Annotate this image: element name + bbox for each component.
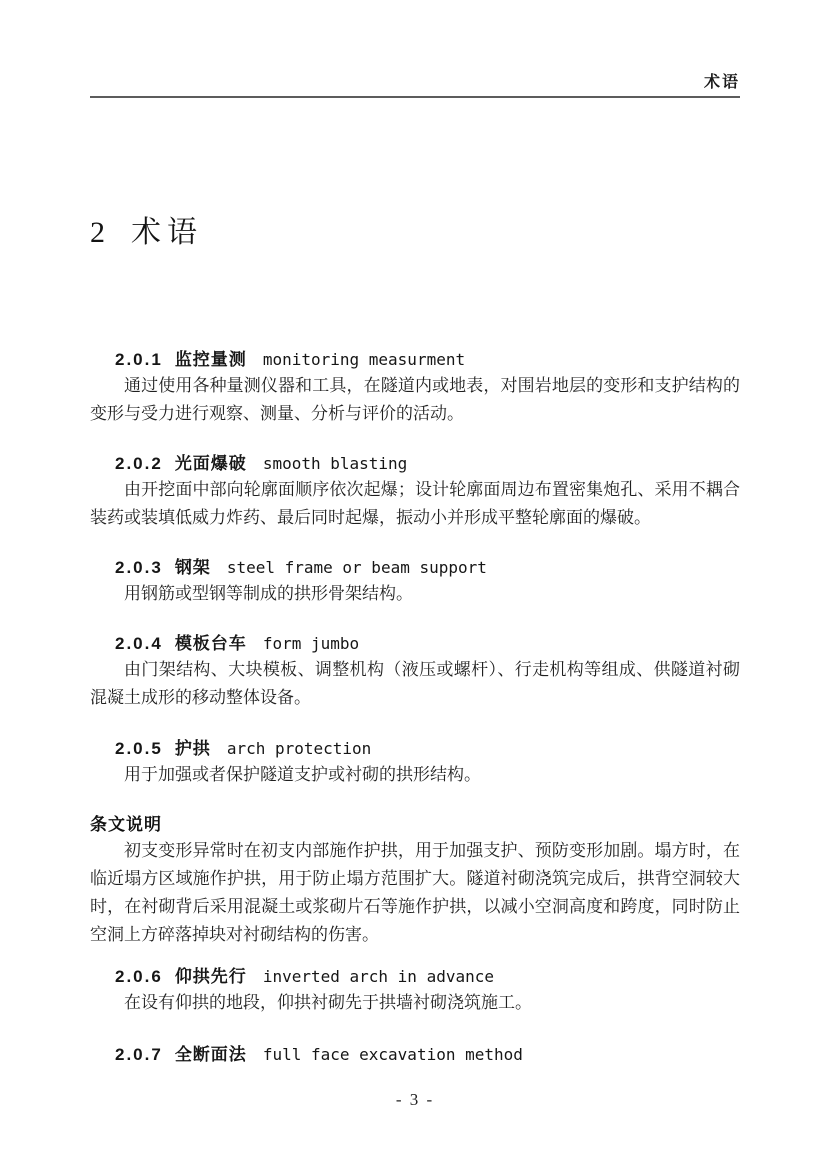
term-en: inverted arch in advance — [263, 967, 494, 986]
term-entry: 2.0.2光面爆破smooth blasting 由开挖面中部向轮廓面顺序依次起… — [90, 452, 740, 532]
term-zh: 全断面法 — [175, 1045, 247, 1064]
term-en: steel frame or beam support — [227, 558, 487, 577]
commentary-label: 条文说明 — [90, 813, 740, 837]
term-number: 2.0.6 — [115, 967, 163, 986]
running-header: 术语 — [90, 73, 740, 92]
term-zh: 监控量测 — [175, 350, 247, 369]
page-footer: - 3 - — [90, 1090, 740, 1110]
term-heading: 2.0.2光面爆破smooth blasting — [90, 452, 740, 476]
chapter-number: 2 — [90, 216, 105, 250]
term-definition: 由门架结构、大块模板、调整机构（液压或螺杆）、行走机构等组成、供隧道衬砌混凝土成… — [90, 656, 740, 712]
term-number: 2.0.5 — [115, 739, 163, 758]
term-en: smooth blasting — [263, 454, 408, 473]
term-definition: 用钢筋或型钢等制成的拱形骨架结构。 — [90, 580, 740, 608]
term-number: 2.0.2 — [115, 454, 163, 473]
chapter-title-text: 术语 — [131, 216, 203, 250]
term-entry: 2.0.4模板台车form jumbo 由门架结构、大块模板、调整机构（液压或螺… — [90, 632, 740, 712]
term-zh: 模板台车 — [175, 634, 247, 653]
term-en: form jumbo — [263, 634, 359, 653]
term-en: full face excavation method — [263, 1045, 523, 1064]
term-heading: 2.0.1监控量测monitoring measurment — [90, 348, 740, 372]
term-heading: 2.0.5护拱arch protection — [90, 737, 740, 761]
term-number: 2.0.3 — [115, 558, 163, 577]
term-en: arch protection — [227, 739, 372, 758]
running-header-title: 术语 — [704, 74, 740, 91]
commentary-text: 初支变形异常时在初支内部施作护拱，用于加强支护、预防变形加剧。塌方时，在临近塌方… — [90, 837, 740, 949]
chapter-title: 2术语 — [90, 216, 740, 250]
term-heading: 2.0.6仰拱先行inverted arch in advance — [90, 965, 740, 989]
term-heading: 2.0.4模板台车form jumbo — [90, 632, 740, 656]
term-entry: 2.0.5护拱arch protection 用于加强或者保护隧道支护或衬砌的拱… — [90, 737, 740, 789]
term-number: 2.0.4 — [115, 634, 163, 653]
term-heading: 2.0.7全断面法full face excavation method — [90, 1043, 740, 1067]
term-definition: 通过使用各种量测仪器和工具，在隧道内或地表，对围岩地层的变形和支护结构的变形与受… — [90, 372, 740, 428]
term-zh: 光面爆破 — [175, 454, 247, 473]
term-zh: 仰拱先行 — [175, 967, 247, 986]
term-number: 2.0.1 — [115, 350, 163, 369]
page-content: 术语 2术语 2.0.1监控量测monitoring measurment 通过… — [0, 0, 826, 1067]
term-zh: 钢架 — [175, 558, 211, 577]
term-definition: 由开挖面中部向轮廓面顺序依次起爆；设计轮廓面周边布置密集炮孔、采用不耦合装药或装… — [90, 476, 740, 532]
term-entry: 2.0.7全断面法full face excavation method — [90, 1043, 740, 1067]
term-number: 2.0.7 — [115, 1045, 163, 1064]
page-number: - 3 - — [396, 1090, 434, 1109]
document-page: 术语 2术语 2.0.1监控量测monitoring measurment 通过… — [0, 0, 826, 1169]
header-rule — [90, 96, 740, 98]
term-entry: 2.0.3钢架steel frame or beam support 用钢筋或型… — [90, 556, 740, 608]
term-en: monitoring measurment — [263, 350, 465, 369]
commentary-block: 条文说明 初支变形异常时在初支内部施作护拱，用于加强支护、预防变形加剧。塌方时，… — [90, 813, 740, 949]
term-definition: 在设有仰拱的地段，仰拱衬砌先于拱墙衬砌浇筑施工。 — [90, 989, 740, 1017]
term-zh: 护拱 — [175, 739, 211, 758]
term-definition: 用于加强或者保护隧道支护或衬砌的拱形结构。 — [90, 761, 740, 789]
term-entry: 2.0.1监控量测monitoring measurment 通过使用各种量测仪… — [90, 348, 740, 428]
term-heading: 2.0.3钢架steel frame or beam support — [90, 556, 740, 580]
term-entry: 2.0.6仰拱先行inverted arch in advance 在设有仰拱的… — [90, 965, 740, 1017]
